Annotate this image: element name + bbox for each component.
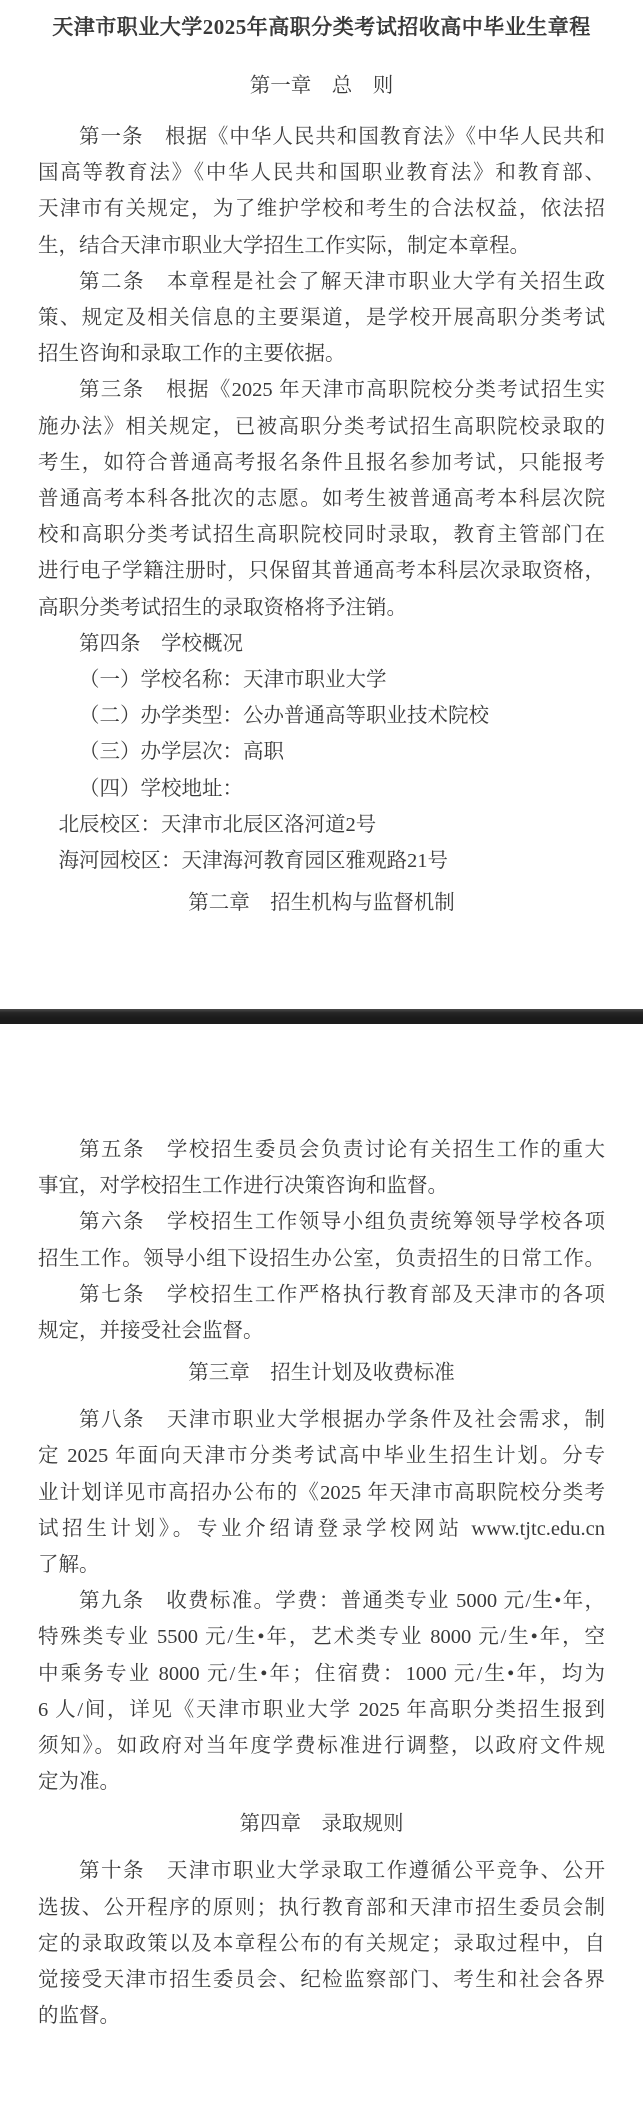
document-line: 普通高考本科各批次的志愿。如考生被普通高考本科层次院 xyxy=(38,481,605,517)
document-line: 第十条 天津市职业大学录取工作遵循公平竞争、公开 xyxy=(38,1853,605,1889)
document-line: （一）学校名称：天津市职业大学 xyxy=(38,662,605,698)
document-line: （四）学校地址： xyxy=(38,771,605,807)
document-line: 6 人/间，详见《天津市职业大学 2025 年高职分类招生报到 xyxy=(38,1692,605,1728)
document-line: 考生，如符合普通高考报名条件且报名参加考试，只能报考 xyxy=(38,445,605,481)
document-line: 中乘务专业 8000 元/生•年；住宿费：1000 元/生•年，均为 xyxy=(38,1656,605,1692)
document-line: 第五条 学校招生委员会负责讨论有关招生工作的重大 xyxy=(38,1132,605,1168)
document-view: 天津市职业大学2025年高职分类考试招收高中毕业生章程第一章 总 则第一条 根据… xyxy=(0,0,643,2121)
chapter-heading: 第四章 录取规则 xyxy=(38,1806,605,1843)
document-line: 的监督。 xyxy=(38,1998,605,2034)
document-line: 定 2025 年面向天津市分类考试高中毕业生招生计划。分专 xyxy=(38,1438,605,1474)
document-line: 国高等教育法》《中华人民共和国职业教育法》和教育部、 xyxy=(38,155,605,191)
document-line: 业计划详见市高招办公布的《2025 年天津市高职院校分类考 xyxy=(38,1475,605,1511)
document-line: 进行电子学籍注册时，只保留其普通高考本科层次录取资格， xyxy=(38,553,605,589)
document-line: 试招生计划》。专业介绍请登录学校网站 www.tjtc.edu.cn xyxy=(38,1511,605,1547)
paragraph: 第三条 根据《2025 年天津市高职院校分类考试招生实施办法》相关规定，已被高职… xyxy=(38,372,605,625)
document-line: 第六条 学校招生工作领导小组负责统筹领导学校各项 xyxy=(38,1204,605,1240)
paragraph: 第一条 根据《中华人民共和国教育法》《中华人民共和国高等教育法》《中华人民共和国… xyxy=(38,119,605,264)
paragraph: 第八条 天津市职业大学根据办学条件及社会需求，制定 2025 年面向天津市分类考… xyxy=(38,1402,605,1583)
document-line: 策、规定及相关信息的主要渠道，是学校开展高职分类考试 xyxy=(38,300,605,336)
paragraph: 第十条 天津市职业大学录取工作遵循公平竞争、公开选拔、公开程序的原则；执行教育部… xyxy=(38,1853,605,2034)
paragraph: 第四条 学校概况（一）学校名称：天津市职业大学（二）办学类型：公办普通高等职业技… xyxy=(38,626,605,879)
document-line: 觉接受天津市招生委员会、纪检监察部门、考生和社会各界 xyxy=(38,1962,605,1998)
document-line: 事宜，对学校招生工作进行决策咨询和监督。 xyxy=(38,1168,605,1204)
document-line: 高职分类考试招生的录取资格将予注销。 xyxy=(38,590,605,626)
document-line: 须知》。如政府对当年度学费标准进行调整，以政府文件规 xyxy=(38,1728,605,1764)
page-1: 天津市职业大学2025年高职分类考试招收高中毕业生章程第一章 总 则第一条 根据… xyxy=(0,0,643,1009)
document-line: 第四条 学校概况 xyxy=(38,626,605,662)
document-line: 特殊类专业 5500 元/生•年，艺术类专业 8000 元/生•年，空 xyxy=(38,1619,605,1655)
document-line: 招生咨询和录取工作的主要依据。 xyxy=(38,336,605,372)
page-2: 第五条 学校招生委员会负责讨论有关招生工作的重大事宜，对学校招生工作进行决策咨询… xyxy=(0,1024,643,2121)
document-line: （三）办学层次：高职 xyxy=(38,734,605,770)
chapter-heading: 第三章 招生计划及收费标准 xyxy=(38,1355,605,1392)
document-line: 第二条 本章程是社会了解天津市职业大学有关招生政 xyxy=(38,264,605,300)
document-line: 北辰校区：天津市北辰区洛河道2号 xyxy=(38,807,605,843)
document-line: 校和高职分类考试招生高职院校同时录取，教育主管部门在 xyxy=(38,517,605,553)
document-line: 定为准。 xyxy=(38,1764,605,1800)
document-line: 天津市有关规定，为了维护学校和考生的合法权益，依法招 xyxy=(38,191,605,227)
document-line: 第九条 收费标准。学费：普通类专业 5000 元/生•年， xyxy=(38,1583,605,1619)
document-line: 第三条 根据《2025 年天津市高职院校分类考试招生实 xyxy=(38,372,605,408)
document-line: 了解。 xyxy=(38,1547,605,1583)
document-line: （二）办学类型：公办普通高等职业技术院校 xyxy=(38,698,605,734)
chapter-heading: 第二章 招生机构与监督机制 xyxy=(38,885,605,922)
document-line: 招生工作。领导小组下设招生办公室，负责招生的日常工作。 xyxy=(38,1241,605,1277)
document-line: 规定，并接受社会监督。 xyxy=(38,1313,605,1349)
page-separator-bar xyxy=(0,1009,643,1024)
document-line: 海河园校区：天津海河教育园区雅观路21号 xyxy=(38,843,605,879)
paragraph: 第六条 学校招生工作领导小组负责统筹领导学校各项招生工作。领导小组下设招生办公室… xyxy=(38,1204,605,1276)
paragraph: 第七条 学校招生工作严格执行教育部及天津市的各项规定，并接受社会监督。 xyxy=(38,1277,605,1349)
document-line: 施办法》相关规定，已被高职分类考试招生高职院校录取的 xyxy=(38,409,605,445)
document-line: 定的录取政策以及本章程公布的有关规定；录取过程中，自 xyxy=(38,1926,605,1962)
paragraph: 第五条 学校招生委员会负责讨论有关招生工作的重大事宜，对学校招生工作进行决策咨询… xyxy=(38,1132,605,1204)
paragraph: 第二条 本章程是社会了解天津市职业大学有关招生政策、规定及相关信息的主要渠道，是… xyxy=(38,264,605,373)
document-line: 第一条 根据《中华人民共和国教育法》《中华人民共和 xyxy=(38,119,605,155)
document-line: 第七条 学校招生工作严格执行教育部及天津市的各项 xyxy=(38,1277,605,1313)
paragraph: 第九条 收费标准。学费：普通类专业 5000 元/生•年，特殊类专业 5500 … xyxy=(38,1583,605,1800)
document-line: 生，结合天津市职业大学招生工作实际，制定本章程。 xyxy=(38,228,605,264)
document-line: 选拔、公开程序的原则；执行教育部和天津市招生委员会制 xyxy=(38,1890,605,1926)
document-line: 第八条 天津市职业大学根据办学条件及社会需求，制 xyxy=(38,1402,605,1438)
document-title: 天津市职业大学2025年高职分类考试招收高中毕业生章程 xyxy=(38,12,605,42)
chapter-heading: 第一章 总 则 xyxy=(38,68,605,105)
